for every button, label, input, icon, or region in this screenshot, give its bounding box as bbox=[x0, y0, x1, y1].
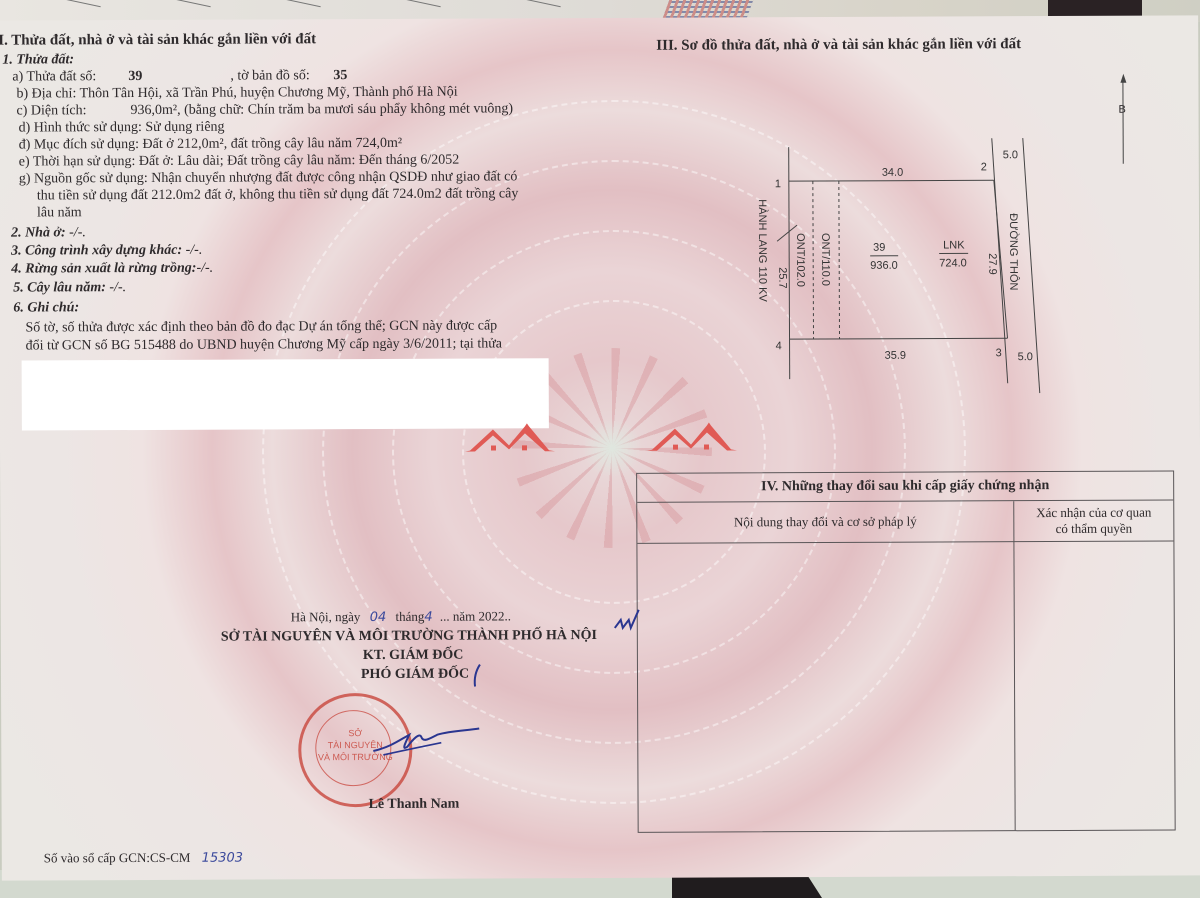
svg-text:ONT/102.0: ONT/102.0 bbox=[794, 233, 806, 287]
item-perennial: 5. Cây lâu năm: -/-. bbox=[13, 280, 126, 296]
map-sheet-label: , tờ bản đồ số: bbox=[230, 68, 309, 84]
svg-text:25.7: 25.7 bbox=[776, 267, 788, 288]
note-line-2: đổi từ GCN số BG 515488 do UBND huyện Ch… bbox=[26, 336, 503, 354]
parcel-no-label: a) Thửa đất số: bbox=[12, 69, 96, 85]
handwritten-month: 4 bbox=[424, 610, 432, 625]
house-logo-icon bbox=[465, 423, 555, 453]
address: b) Địa chỉ: Thôn Tân Hội, xã Trần Phú, h… bbox=[16, 85, 457, 103]
svg-text:3: 3 bbox=[996, 347, 1002, 359]
background-pattern bbox=[663, 0, 754, 18]
svg-text:HÀNH LANG 110 KV: HÀNH LANG 110 KV bbox=[756, 199, 769, 302]
svg-text:39: 39 bbox=[873, 242, 885, 254]
section-4-title: IV. Những thay đổi sau khi cấp giấy chứn… bbox=[637, 471, 1173, 502]
svg-text:LNK: LNK bbox=[943, 239, 965, 251]
origin-line-1: g) Nguồn gốc sử dụng: Nhận chuyển nhượng… bbox=[19, 169, 518, 187]
svg-text:5.0: 5.0 bbox=[1003, 149, 1018, 161]
redacted-area bbox=[22, 358, 549, 430]
note-line-1: Số tờ, số thửa được xác định theo bản đồ… bbox=[25, 318, 497, 336]
parcel-no-value: 39 bbox=[128, 69, 142, 85]
svg-text:35.9: 35.9 bbox=[885, 350, 906, 362]
land-use-certificate-page: I. Thửa đất, nhà ở và tài sản khác gắn l… bbox=[0, 15, 1200, 880]
section-1-title: I. Thửa đất, nhà ở và tài sản khác gắn l… bbox=[0, 31, 316, 48]
svg-text:1: 1 bbox=[775, 178, 781, 190]
item-notes-heading: 6. Ghi chú: bbox=[13, 300, 79, 316]
svg-text:ONT/110.0: ONT/110.0 bbox=[819, 233, 831, 286]
house-logo-icon bbox=[647, 422, 737, 452]
map-sheet-value: 35 bbox=[333, 68, 347, 84]
area-label: c) Diện tích: bbox=[16, 103, 86, 119]
usage-form: d) Hình thức sử dụng: Sử dụng riêng bbox=[19, 120, 225, 137]
land-plot-diagram: 1 2 3 4 34.0 35.9 5.0 5.0 39 936.0 LNK 7… bbox=[739, 138, 1080, 399]
item-other-construction: 3. Công trình xây dựng khác: -/-. bbox=[11, 243, 202, 260]
svg-text:ĐƯỜNG THÔN: ĐƯỜNG THÔN bbox=[1007, 213, 1020, 290]
signer-role-1: KT. GIÁM ĐỐC bbox=[363, 648, 464, 664]
svg-text:724.0: 724.0 bbox=[939, 257, 967, 269]
usage-term: e) Thời hạn sử dụng: Đất ở: Lâu dài; Đất… bbox=[19, 153, 460, 171]
changes-table-header: Nội dung thay đổi và cơ sở pháp lý Xác n… bbox=[637, 500, 1173, 543]
svg-text:34.0: 34.0 bbox=[882, 167, 903, 179]
signer-role-2: PHÓ GIÁM ĐỐC bbox=[361, 667, 469, 683]
handwritten-day: 04 bbox=[370, 610, 387, 625]
issuing-agency: SỞ TÀI NGUYÊN VÀ MÔI TRƯỜNG THÀNH PHỐ HÀ… bbox=[221, 628, 597, 646]
origin-line-2: thu tiền sử dụng đất 212.0m2 đất ở, khôn… bbox=[37, 186, 518, 204]
area-value: 936,0m², (bằng chữ: Chín trăm ba mươi sá… bbox=[130, 101, 513, 119]
register-number: Số vào sổ cấp GCN:CS-CM 15303 bbox=[44, 850, 243, 868]
origin-line-3: lâu năm bbox=[37, 205, 82, 221]
usage-purpose: đ) Mục đích sử dụng: Đất ở 212,0m², đất … bbox=[19, 136, 403, 154]
issue-date: Hà Nội, ngày 04 tháng4 ... năm 2022.. bbox=[291, 608, 511, 626]
signature-icon bbox=[371, 721, 481, 761]
parcel-heading: 1. Thửa đất: bbox=[2, 52, 74, 68]
initials-mark-icon bbox=[471, 663, 483, 689]
svg-text:2: 2 bbox=[981, 161, 987, 173]
item-house: 2. Nhà ở: -/-. bbox=[11, 225, 86, 241]
column-header-confirmation: Xác nhận của cơ quancó thẩm quyền bbox=[1014, 500, 1173, 541]
svg-text:27.9: 27.9 bbox=[986, 253, 998, 274]
section-3-title: III. Sơ đồ thửa đất, nhà ở và tài sản kh… bbox=[656, 36, 1021, 54]
svg-text:4: 4 bbox=[776, 340, 782, 352]
signer-name: Lê Thanh Nam bbox=[369, 797, 460, 813]
item-forest: 4. Rừng sản xuất là rừng trồng:-/-. bbox=[11, 261, 213, 278]
handwritten-register-number: 15303 bbox=[202, 851, 243, 866]
svg-text:936.0: 936.0 bbox=[870, 260, 898, 272]
svg-text:5.0: 5.0 bbox=[1018, 351, 1033, 363]
column-header-content: Nội dung thay đổi và cơ sở pháp lý bbox=[637, 501, 1013, 543]
changes-table: IV. Những thay đổi sau khi cấp giấy chứn… bbox=[636, 470, 1176, 832]
initials-mark-icon bbox=[613, 608, 641, 634]
